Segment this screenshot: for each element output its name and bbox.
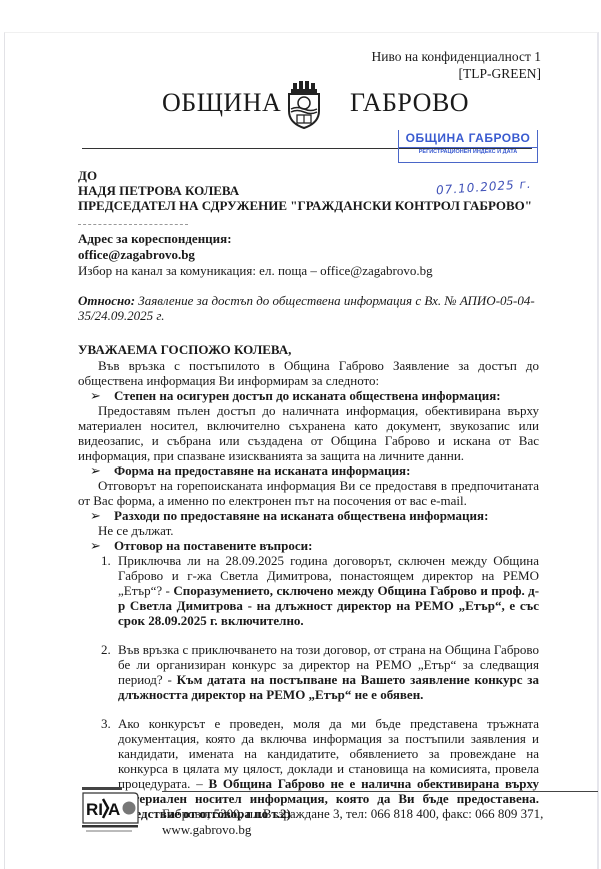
recipient-to: ДО <box>78 168 532 183</box>
section-text: Отговорът на горепоисканата информация В… <box>78 478 539 508</box>
letterhead-left: ОБЩИНА <box>162 88 281 118</box>
confidentiality-level: Ниво на конфиденциалност 1 <box>371 48 541 65</box>
rina-logo-icon: RI A <box>82 787 142 837</box>
section-heading: ➢Разходи по предоставяне на исканата общ… <box>78 508 539 523</box>
redacted-line <box>78 224 188 225</box>
recipient-name: НАДЯ ПЕТРОВА КОЛЕВА <box>78 183 532 198</box>
arrow-bullet-icon: ➢ <box>90 508 101 523</box>
subject-line: Относно: Заявление за достъп до обществе… <box>78 293 538 323</box>
question-item: Приключва ли на 28.09.2025 година догово… <box>114 553 539 628</box>
answer-text: Към датата на постъпване на Вашето заявл… <box>118 672 539 702</box>
svg-text:RI: RI <box>86 800 103 819</box>
address-block: Адрес за кореспонденция: office@zagabrov… <box>78 231 433 279</box>
communication-channel: Избор на канал за комуникация: ел. поща … <box>78 263 433 279</box>
questions-list: Приключва ли на 28.09.2025 година догово… <box>78 553 539 821</box>
registration-stamp: ОБЩИНА ГАБРОВО РЕГИСТРАЦИОНЕН ИНДЕКС И Д… <box>398 130 538 163</box>
gabrovo-coat-of-arms-icon <box>285 81 323 129</box>
arrow-bullet-icon: ➢ <box>90 388 101 403</box>
arrow-bullet-icon: ➢ <box>90 463 101 478</box>
tlp-tag: [TLP-GREEN] <box>371 65 541 82</box>
address-email: office@zagabrovo.bg <box>78 247 433 263</box>
section-text: Предоставям пълен достъп до наличната ин… <box>78 403 539 463</box>
recipient-title: ПРЕДСЕДАТЕЛ НА СДРУЖЕНИЕ "ГРАЖДАНСКИ КОН… <box>78 198 532 213</box>
subject-text: Заявление за достъп до обществена информ… <box>78 293 535 323</box>
section-text: Не се дължат. <box>78 523 539 538</box>
recipient-block: ДО НАДЯ ПЕТРОВА КОЛЕВА ПРЕДСЕДАТЕЛ НА СД… <box>78 168 532 213</box>
footer-divider <box>162 791 598 792</box>
stamp-title: ОБЩИНА ГАБРОВО <box>399 131 537 145</box>
arrow-bullet-icon: ➢ <box>90 538 101 553</box>
salutation: УВАЖАЕМА ГОСПОЖО КОЛЕВА, <box>78 342 539 357</box>
rina-certification-logo: RI A <box>82 787 142 837</box>
address-label: Адрес за кореспонденция: <box>78 231 433 247</box>
letter-body: УВАЖАЕМА ГОСПОЖО КОЛЕВА, Във връзка с по… <box>78 330 539 821</box>
footer-contact: Габрово, 5300, пл.Възраждане 3, тел: 066… <box>162 806 601 838</box>
letterhead-right: ГАБРОВО <box>350 88 469 118</box>
subject-label: Относно: <box>78 293 135 308</box>
section-heading: ➢Форма на предоставяне на исканата инфор… <box>78 463 539 478</box>
answer-text: Споразумението, сключено между Община Га… <box>118 583 539 628</box>
section-heading: ➢Отговор на поставените въпроси: <box>78 538 539 553</box>
svg-text:A: A <box>108 800 120 819</box>
question-item: Във връзка с приключването на този догов… <box>114 642 539 702</box>
stamp-subtitle: РЕГИСТРАЦИОНЕН ИНДЕКС И ДАТА <box>399 147 537 155</box>
confidentiality-label: Ниво на конфиденциалност 1 [TLP-GREEN] <box>371 48 541 82</box>
intro-paragraph: Във връзка с постъпилото в Община Габров… <box>78 358 539 388</box>
section-heading: ➢Степен на осигурен достъп до исканата о… <box>78 388 539 403</box>
